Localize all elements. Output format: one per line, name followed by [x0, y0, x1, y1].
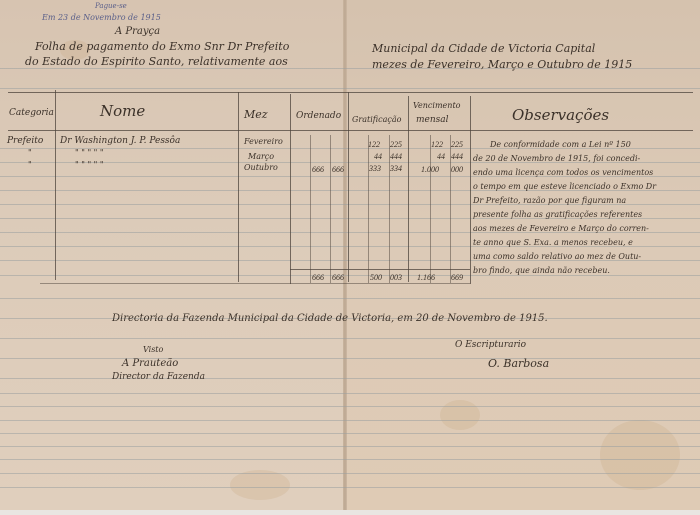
obs-line: de 20 de Novembro de 1915, foi concedi- — [473, 154, 640, 163]
director-signature: A Prauteão — [122, 358, 178, 369]
cell-nome: " " " " " — [75, 160, 104, 169]
header-categoria: Categoria — [9, 108, 54, 118]
total-ordenado-dec: 666 — [332, 273, 344, 282]
cell-venc-dec: 000 — [451, 165, 463, 174]
clerk-signature: O. Barbosa — [488, 357, 549, 370]
header-nome: Nome — [100, 102, 145, 120]
cell-ordenado-dec: 666 — [332, 165, 344, 174]
cell-mez: Março — [248, 152, 274, 161]
col-divider — [348, 92, 349, 282]
col-divider — [238, 92, 239, 282]
cell-grat-dec: 444 — [390, 152, 402, 161]
scan-edge — [0, 510, 700, 515]
total-ordenado-int: 666 — [312, 273, 324, 282]
paper-stain — [600, 420, 680, 490]
cell-nome: " " " " " — [75, 148, 104, 157]
header-ordenado: Ordenado — [296, 111, 341, 121]
footer-place-date: Directoria da Fazenda Municipal da Cidad… — [112, 313, 548, 324]
obs-line: endo uma licença com todos os vencimento… — [473, 168, 653, 177]
table-top-border — [8, 92, 693, 93]
table-header-border — [8, 130, 693, 131]
cell-grat-dec: 225 — [390, 140, 402, 149]
header-mez: Mez — [244, 108, 268, 121]
cell-categoria: " — [28, 148, 32, 157]
cell-venc-dec: 444 — [451, 152, 463, 161]
cell-mez: Outubro — [244, 163, 278, 172]
cell-venc-int: 122 — [431, 140, 443, 149]
obs-line: aos mezes de Fevereiro e Março do corren… — [473, 224, 649, 233]
book-gutter — [343, 0, 347, 512]
col-divider — [55, 90, 56, 280]
total-venc-dec: 669 — [451, 273, 463, 282]
col-divider — [330, 135, 331, 283]
approval-signature: A Prayça — [115, 26, 160, 37]
header-observacoes: Observações — [512, 106, 609, 124]
title-line1-right: Municipal da Cidade de Victoria Capital — [372, 42, 595, 55]
paper-stain — [230, 470, 290, 500]
header-vencimento: Vencimento — [413, 101, 460, 110]
col-divider — [470, 96, 471, 284]
obs-line: De conformidade com a Lei nº 150 — [490, 140, 631, 149]
paper-stain — [440, 400, 480, 430]
obs-line: presente folha as gratificações referent… — [473, 210, 642, 219]
footer-visto: Visto — [143, 345, 163, 354]
stamp-date: Em 23 de Novembro de 1915 — [42, 13, 161, 22]
col-divider — [430, 135, 431, 283]
obs-line: te anno que S. Exa. a menos recebeu, e — [473, 238, 633, 247]
obs-line: bro findo, que ainda não recebeu. — [473, 266, 610, 275]
left-page — [0, 0, 345, 512]
header-gratificacao: Gratificação — [352, 115, 401, 124]
obs-line: Dr Prefeito, razão por que figuram na — [473, 196, 626, 205]
total-grat-dec: 003 — [390, 273, 402, 282]
cell-mez: Fevereiro — [244, 137, 283, 146]
cell-categoria: " — [28, 160, 32, 169]
col-divider — [290, 94, 291, 284]
cell-nome: Dr Washington J. P. Pessôa — [60, 136, 180, 146]
cell-venc-dec: 225 — [451, 140, 463, 149]
table-bottom-border — [40, 283, 470, 284]
total-venc-int: 1.166 — [417, 273, 435, 282]
cell-grat-int: 333 — [369, 164, 381, 173]
clerk-title: O Escripturario — [455, 340, 526, 350]
cell-grat-dec: 334 — [390, 164, 402, 173]
title-line2-right: mezes de Fevereiro, Março e Outubro de 1… — [372, 58, 632, 71]
title-line1-left: Folha de pagamento do Exmo Snr Dr Prefei… — [35, 40, 289, 53]
cell-venc-int: 1.000 — [421, 165, 439, 174]
title-line2-left: do Estado do Espirito Santo, relativamen… — [25, 55, 288, 68]
totals-border — [290, 269, 470, 270]
cell-grat-int: 44 — [374, 152, 382, 161]
cell-ordenado-int: 666 — [312, 165, 324, 174]
col-divider — [310, 135, 311, 283]
cell-grat-int: 122 — [368, 140, 380, 149]
header-mensal: mensal — [416, 115, 449, 125]
obs-line: o tempo em que esteve licenciado o Exmo … — [473, 182, 656, 191]
director-title: Director da Fazenda — [112, 372, 205, 382]
stamp-pague-se: Pague-se — [95, 2, 127, 10]
col-divider — [408, 96, 409, 282]
cell-categoria: Prefeito — [7, 136, 43, 146]
obs-line: uma como saldo relativo ao mez de Outu- — [473, 252, 641, 261]
cell-venc-int: 44 — [437, 152, 445, 161]
col-divider — [368, 135, 369, 283]
total-grat-int: 500 — [370, 273, 382, 282]
